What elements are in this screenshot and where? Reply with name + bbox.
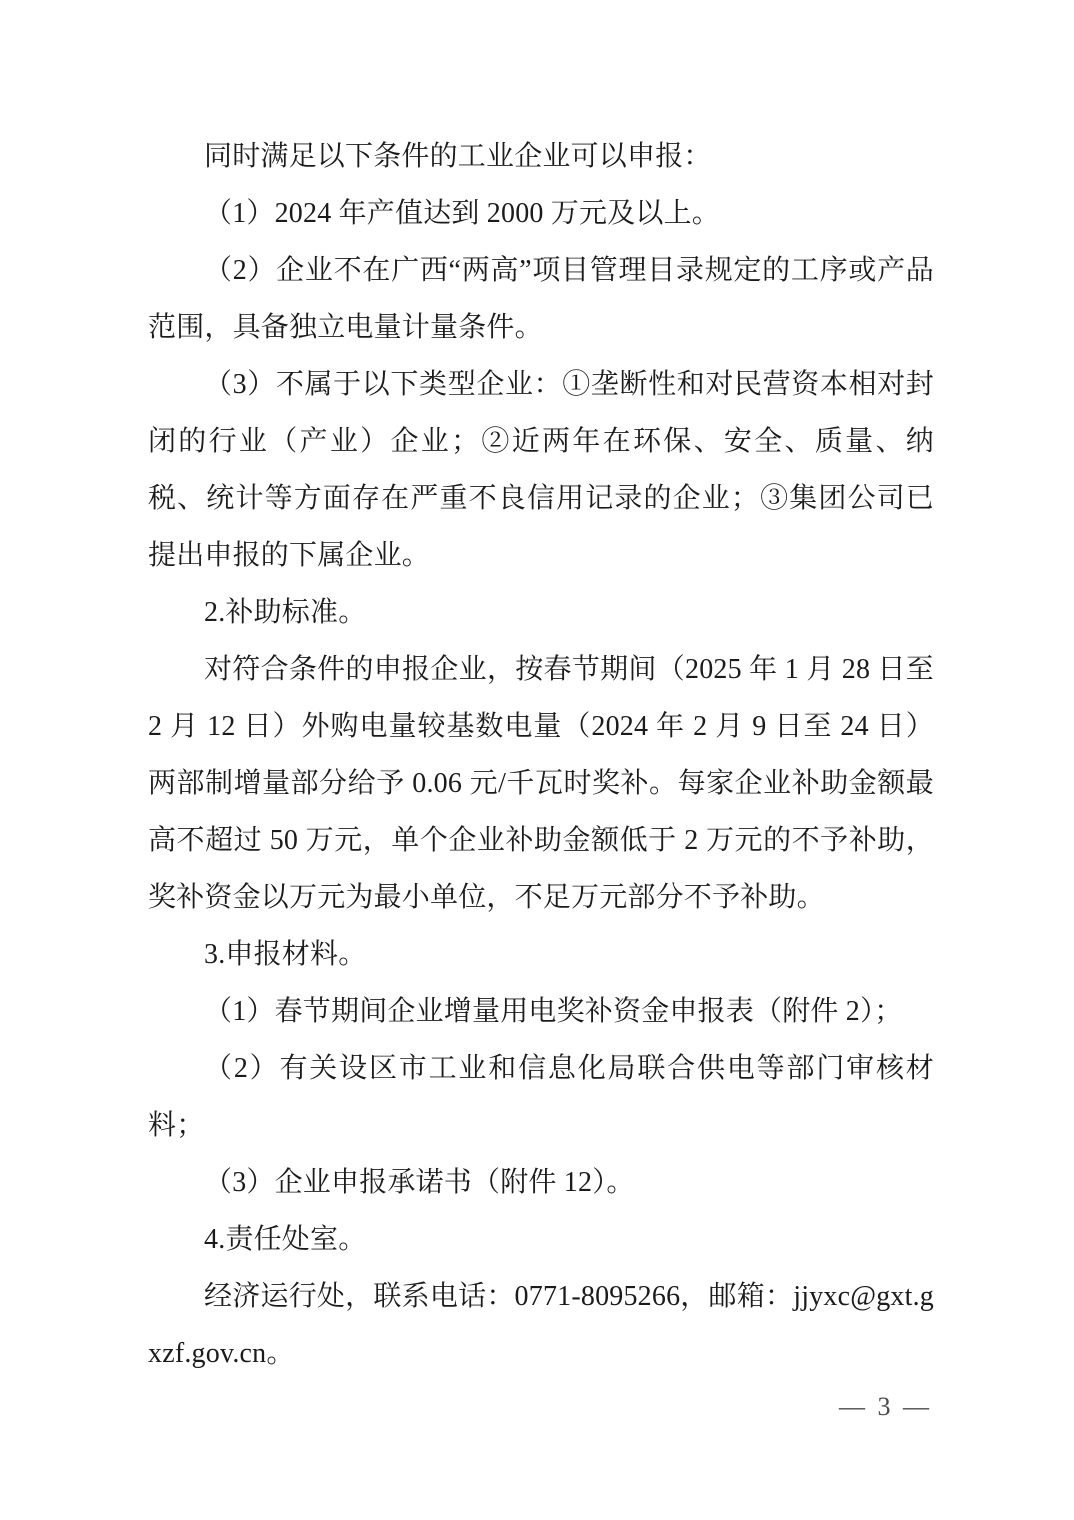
para-heading-subsidy-standard: 2.补助标准。 [148,584,934,641]
para-heading-application-materials: 3.申报材料。 [148,926,934,983]
para-material-2: （2）有关设区市工业和信息化局联合供电等部门审核材料； [148,1040,934,1154]
para-subsidy-details: 对符合条件的申报企业，按春节期间（2025 年 1 月 28 日至 2 月 12… [148,641,934,926]
para-condition-2: （2）企业不在广西“两高”项目管理目录规定的工序或产品范围，具备独立电量计量条件… [148,242,934,356]
document-body: 同时满足以下条件的工业企业可以申报： （1）2024 年产值达到 2000 万元… [148,128,934,1382]
para-material-3: （3）企业申报承诺书（附件 12）。 [148,1154,934,1211]
para-condition-3: （3）不属于以下类型企业：①垄断性和对民营资本相对封闭的行业（产业）企业；②近两… [148,356,934,584]
para-intro-conditions: 同时满足以下条件的工业企业可以申报： [148,128,934,185]
document-page: 同时满足以下条件的工业企业可以申报： （1）2024 年产值达到 2000 万元… [0,0,1074,1520]
page-number: — 3 — [839,1392,932,1421]
page-footer: — 3 — [839,1392,932,1422]
para-heading-responsible-office: 4.责任处室。 [148,1211,934,1268]
para-contact-info: 经济运行处，联系电话：0771-8095266，邮箱：jjyxc@gxt.gxz… [148,1268,934,1382]
para-condition-1: （1）2024 年产值达到 2000 万元及以上。 [148,185,934,242]
para-material-1: （1）春节期间企业增量用电奖补资金申报表（附件 2）； [148,983,934,1040]
